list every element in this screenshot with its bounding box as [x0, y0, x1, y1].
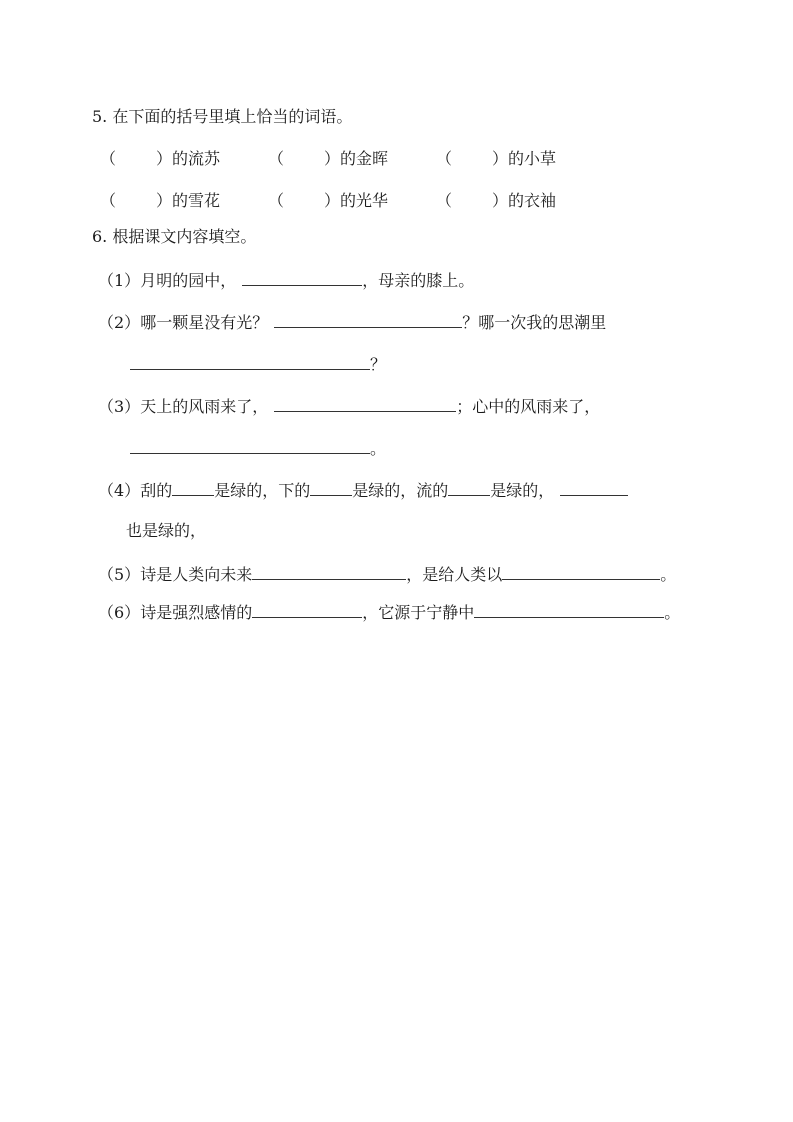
- item-text: 刮的: [140, 481, 172, 500]
- fill-blank[interactable]: [274, 395, 456, 412]
- q5-word: 的衣袖: [508, 191, 556, 210]
- item-text: 诗是强烈感情的: [140, 603, 252, 622]
- item-text: ？: [370, 355, 386, 374]
- q5-blank-1[interactable]: （）的流苏: [100, 149, 220, 169]
- q5-word: 的雪花: [172, 191, 220, 210]
- q5-blank-6[interactable]: （）的衣袖: [436, 191, 556, 211]
- item-text: 哪一颗星没有光？: [140, 313, 268, 332]
- open-paren: （: [100, 191, 116, 210]
- q5-word: 的流苏: [172, 149, 220, 168]
- q5-blank-5[interactable]: （）的光华: [268, 191, 388, 211]
- q5-blank-2[interactable]: （）的金晖: [268, 149, 388, 169]
- item-text: 是绿的，: [490, 481, 554, 500]
- fill-blank[interactable]: [172, 479, 214, 496]
- q6-item-2-cont: ？: [130, 353, 386, 375]
- q6-item-4: （4）刮的是绿的，下的是绿的，流的是绿的，: [98, 479, 628, 501]
- q6-item-4-cont: 也是绿的，: [126, 521, 206, 541]
- item-number: （3）: [98, 397, 140, 416]
- item-text: 。: [660, 565, 676, 584]
- q5-word: 的光华: [340, 191, 388, 210]
- close-paren: ）: [156, 149, 172, 168]
- item-text: ，是给人类以: [406, 565, 502, 584]
- close-paren: ）: [156, 191, 172, 210]
- q6-item-5: （5）诗是人类向未来，是给人类以。: [98, 563, 676, 585]
- item-text: 。: [664, 603, 680, 622]
- item-text: ；心中的风雨来了，: [456, 397, 600, 416]
- item-text: ，母亲的膝上。: [362, 271, 474, 290]
- fill-blank[interactable]: [252, 563, 406, 580]
- open-paren: （: [436, 149, 452, 168]
- item-text: 是绿的，流的: [352, 481, 448, 500]
- item-text: ？哪一次我的思潮里: [462, 313, 606, 332]
- fill-blank[interactable]: [448, 479, 490, 496]
- item-text: 是绿的，下的: [214, 481, 310, 500]
- open-paren: （: [436, 191, 452, 210]
- fill-blank[interactable]: [474, 601, 664, 618]
- q5-blank-3[interactable]: （）的小草: [436, 149, 556, 169]
- fill-blank[interactable]: [242, 269, 362, 286]
- fill-blank[interactable]: [130, 353, 370, 370]
- item-number: （1）: [98, 271, 140, 290]
- close-paren: ）: [492, 191, 508, 210]
- item-number: （5）: [98, 565, 140, 584]
- item-text: ，它源于宁静中: [362, 603, 474, 622]
- close-paren: ）: [324, 191, 340, 210]
- close-paren: ）: [492, 149, 508, 168]
- item-text: 月明的园中，: [140, 271, 236, 290]
- item-number: （2）: [98, 313, 140, 332]
- q6-title: 6. 根据课文内容填空。: [92, 227, 256, 247]
- item-number: （6）: [98, 603, 140, 622]
- item-number: （4）: [98, 481, 140, 500]
- item-text: 天上的风雨来了，: [140, 397, 268, 416]
- q6-item-3-cont: 。: [130, 437, 386, 459]
- fill-blank[interactable]: [130, 437, 370, 454]
- item-text: 诗是人类向未来: [140, 565, 252, 584]
- open-paren: （: [100, 149, 116, 168]
- q5-title: 5. 在下面的括号里填上恰当的词语。: [92, 107, 352, 127]
- fill-blank[interactable]: [502, 563, 660, 580]
- fill-blank[interactable]: [274, 311, 462, 328]
- q6-item-3: （3）天上的风雨来了，；心中的风雨来了，: [98, 395, 600, 417]
- open-paren: （: [268, 149, 284, 168]
- fill-blank[interactable]: [310, 479, 352, 496]
- q5-blank-4[interactable]: （）的雪花: [100, 191, 220, 211]
- q5-word: 的金晖: [340, 149, 388, 168]
- item-text: 。: [370, 439, 386, 458]
- q5-word: 的小草: [508, 149, 556, 168]
- close-paren: ）: [324, 149, 340, 168]
- q6-item-6: （6）诗是强烈感情的，它源于宁静中。: [98, 601, 680, 623]
- fill-blank[interactable]: [252, 601, 362, 618]
- open-paren: （: [268, 191, 284, 210]
- q6-item-2: （2）哪一颗星没有光？？哪一次我的思潮里: [98, 311, 606, 333]
- q6-item-1: （1）月明的园中，，母亲的膝上。: [98, 269, 474, 291]
- fill-blank[interactable]: [560, 479, 628, 496]
